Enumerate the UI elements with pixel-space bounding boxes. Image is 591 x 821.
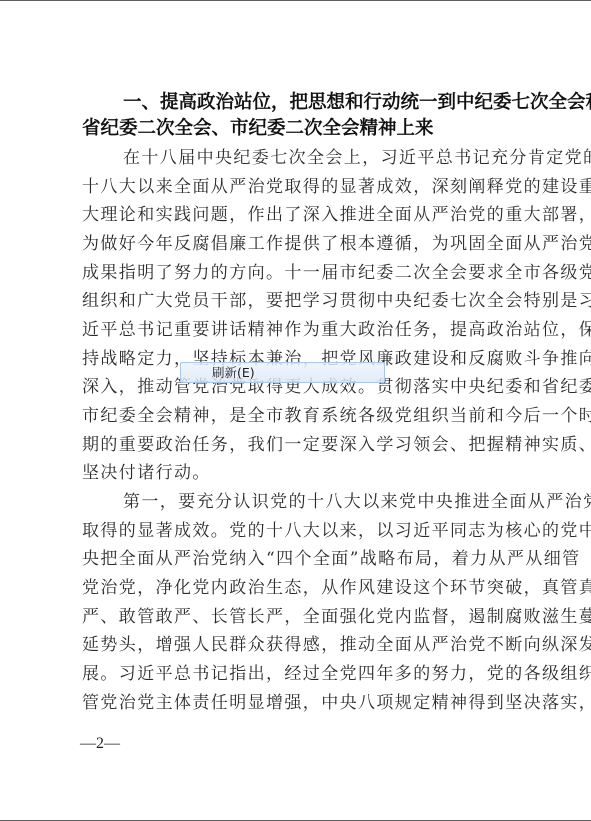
paragraph-1-line-2: 十八大以来全面从严治党取得的显著成效，深刻阐释党的建设重 — [82, 175, 514, 199]
paragraph-1-line-3: 大理论和实践问题，作出了深入推进全面从严治党的重大部署， — [82, 203, 514, 227]
paragraph-1-line-5: 成果指明了努力的方向。十一届市纪委二次全会要求全市各级党 — [82, 261, 514, 285]
paragraph-1-line-6: 组织和广大党员干部，要把学习贯彻中央纪委七次全会特别是习 — [82, 289, 514, 313]
paragraph-2-line-2: 取得的显著成效。党的十八大以来，以习近平同志为核心的党中 — [82, 519, 514, 543]
section-heading-line-2: 省纪委二次全会、市纪委二次全会精神上来 — [82, 117, 514, 141]
paragraph-1-line-11: 期的重要政治任务，我们一定要深入学习领会、把握精神实质、 — [82, 433, 514, 457]
section-heading-line-1: 一、提高政治站位，把思想和行动统一到中纪委七次全会和 — [123, 91, 514, 115]
paragraph-2-line-1: 第一，要充分认识党的十八大以来党中央推进全面从严治党 — [123, 490, 514, 514]
paragraph-2-line-5: 严、敢管敢严、长管长严，全面强化党内监督，遏制腐败滋生蔓 — [82, 605, 514, 629]
paragraph-1-line-10: 市纪委全会精神，是全市教育系统各级党组织当前和今后一个时 — [82, 404, 514, 428]
paragraph-1-line-7: 近平总书记重要讲话精神作为重大政治任务，提高政治站位，保 — [82, 318, 514, 342]
document-page: 一、提高政治站位，把思想和行动统一到中纪委七次全会和 省纪委二次全会、市纪委二次… — [0, 0, 591, 821]
paragraph-2-line-8: 管党治党主体责任明显增强，中央八项规定精神得到坚决落实， — [82, 691, 514, 715]
context-menu: 刷新(E) — [180, 362, 385, 383]
context-menu-item-refresh[interactable]: 刷新(E) — [181, 363, 384, 382]
paragraph-1-line-1: 在十八届中央纪委七次全会上，习近平总书记充分肯定党的 — [123, 146, 514, 170]
paragraph-2-line-7: 展。习近平总书记指出，经过全党四年多的努力，党的各级组织 — [82, 662, 514, 686]
page-number: —2— — [80, 734, 120, 754]
paragraph-2-line-3: 央把全面从严治党纳入“四个全面”战略布局，着力从严从细管 — [82, 547, 514, 571]
paragraph-2-line-6: 延势头，增强人民群众获得感，推动全面从严治党不断向纵深发 — [82, 633, 514, 657]
paragraph-1-line-4: 为做好今年反腐倡廉工作提供了根本遵循，为巩固全面从严治党 — [82, 232, 514, 256]
paragraph-1-line-12: 坚决付诸行动。 — [82, 461, 514, 485]
context-menu-item-label: 刷新(E) — [212, 363, 255, 382]
paragraph-2-line-4: 党治党，净化党内政治生态，从作风建设这个环节突破，真管真 — [82, 576, 514, 600]
